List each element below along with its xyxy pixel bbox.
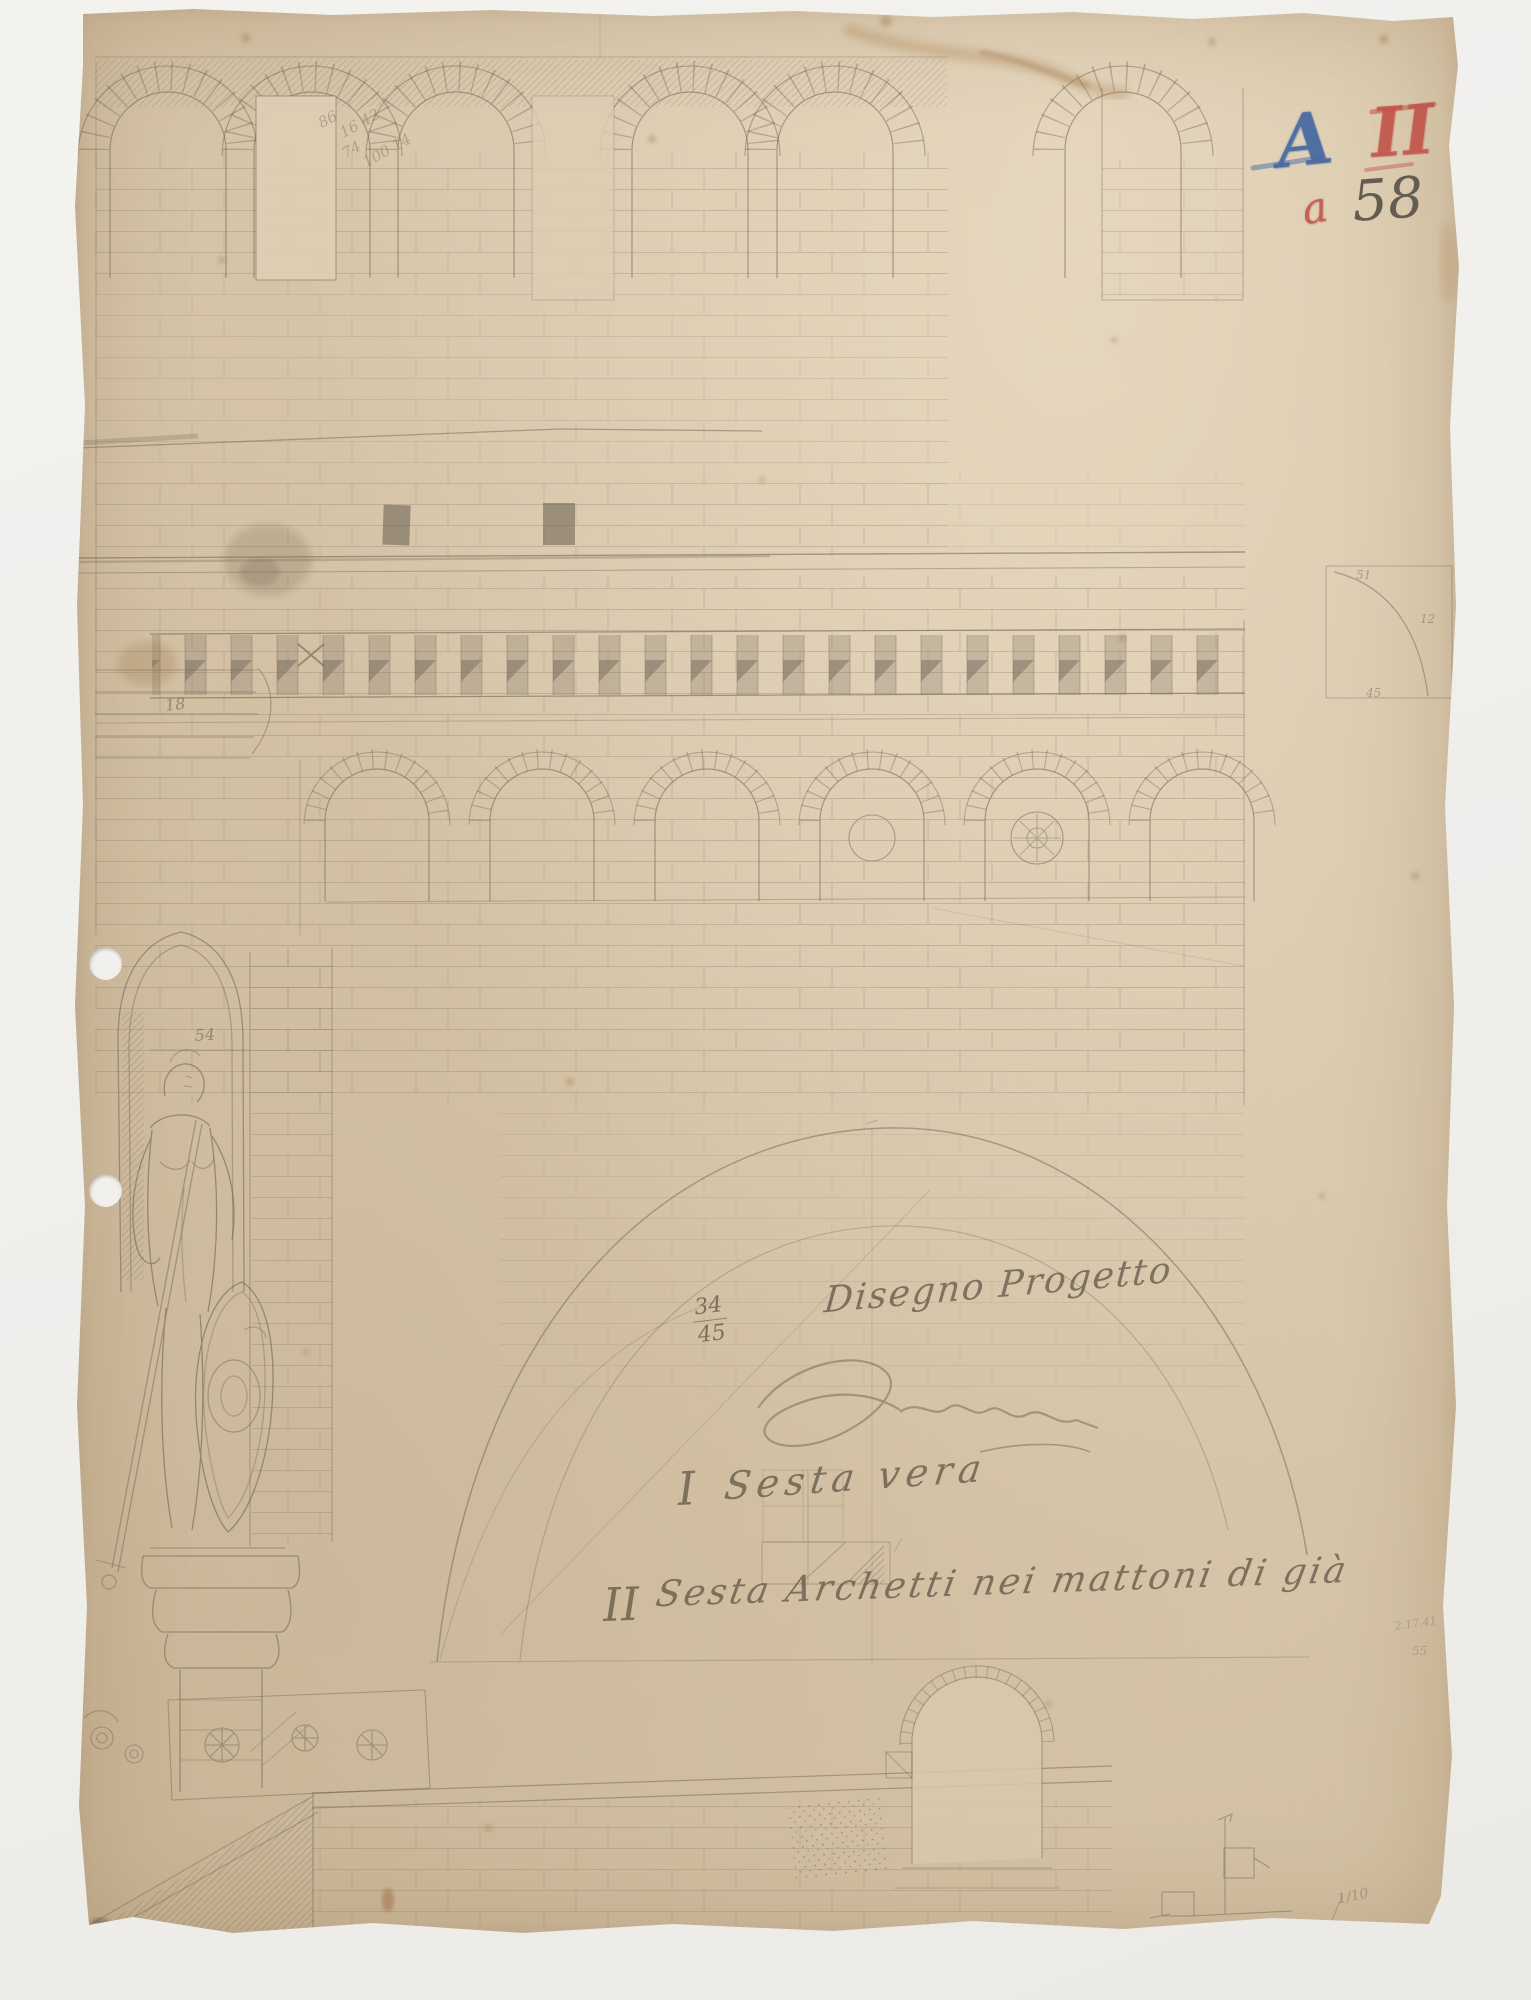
red-numeral-mark: II [1368, 90, 1437, 174]
fraction-numerator: 34 [690, 1292, 727, 1323]
statue-corbel-base [142, 1556, 300, 1792]
punch-hole-bottom [89, 1174, 122, 1207]
caption-line2-numeral: II [602, 1577, 640, 1632]
profile-measure-c: 45 [1366, 686, 1381, 700]
profile-measure-b: 12 [1420, 612, 1435, 626]
pencil-drawing [0, 0, 1531, 2000]
inventory-number: 58 [1350, 165, 1426, 235]
capital-measure-label: 18 [164, 694, 186, 715]
caption-line1-numeral: I [676, 1461, 697, 1516]
fraction-note: 34 45 [690, 1292, 730, 1349]
punch-hole-top [89, 947, 122, 980]
molding-profile-sketch [1326, 566, 1452, 698]
profile-measure-a: 51 [1356, 568, 1371, 582]
stipple-patch [788, 1797, 889, 1880]
blue-letter-mark: A [1272, 94, 1336, 184]
drawing-sheet: A II a 58 86 16 42 74 100 14 54 18 51 12… [73, 6, 1459, 1938]
faint-note-b: 55 [1412, 1644, 1427, 1658]
relief-rosettes [205, 1712, 387, 1766]
fraction-denominator: 45 [693, 1319, 730, 1349]
niche-measure-label: 54 [194, 1025, 216, 1045]
scan-bed: A II a 58 86 16 42 74 100 14 54 18 51 12… [0, 0, 1531, 2000]
corner-mini-sketch [1150, 1814, 1342, 1930]
capital-scroll-doodles [84, 1711, 143, 1763]
doorway-sketch [788, 1666, 1060, 1888]
